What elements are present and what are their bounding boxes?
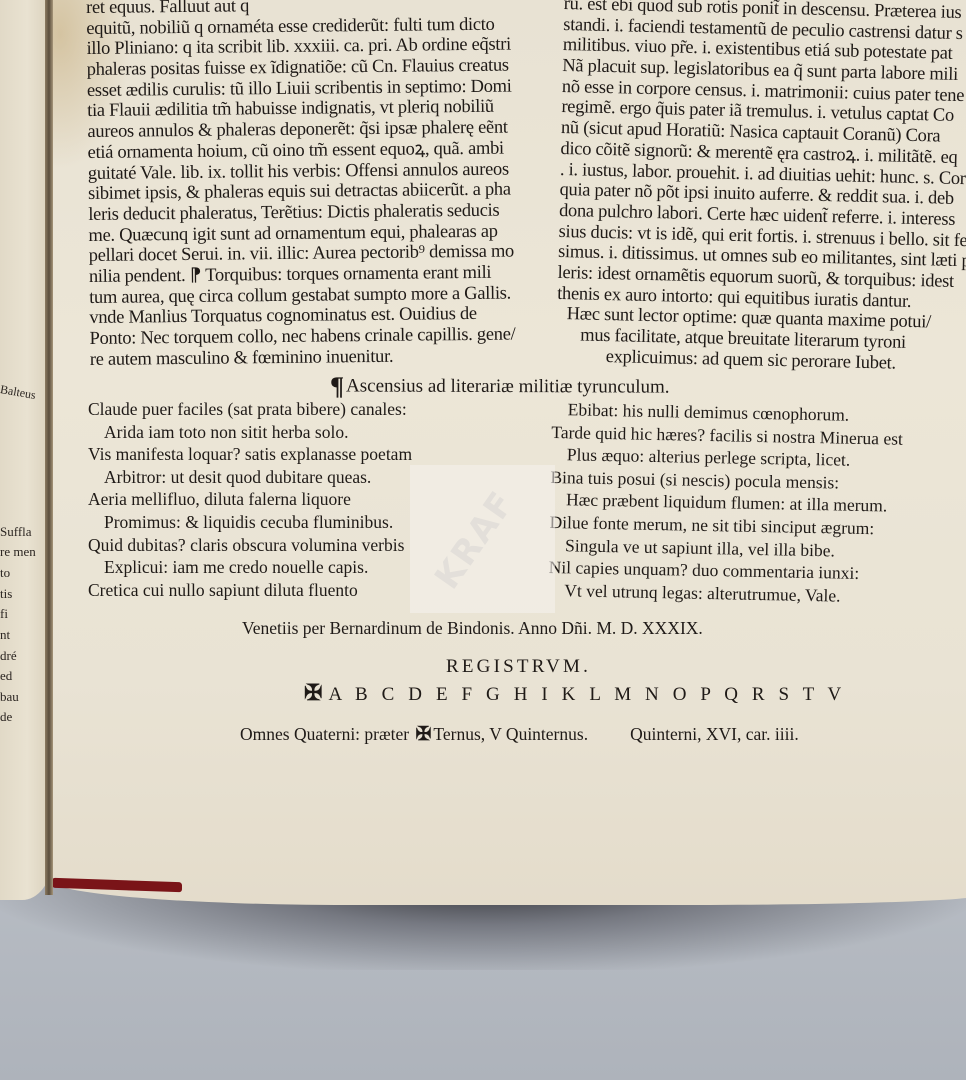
verse-line: Claude puer faciles (sat prata bibere) c…: [88, 398, 412, 421]
verse-block-left: Claude puer faciles (sat prata bibere) c…: [88, 398, 412, 601]
verse-line: Promimus: & liquidis cecuba fluminibus.: [88, 511, 412, 534]
text-line: Ponto: Nec torquem collo, nec habens cri…: [89, 325, 515, 350]
verse-line: Explicui: iam me credo nouelle capis.: [88, 556, 412, 579]
left-fragment: bau: [0, 687, 19, 707]
quaterni-text: Omnes Quaterni: præter: [240, 724, 409, 744]
watermark: KRAF: [410, 465, 555, 613]
section-heading-text: Ascensius ad literariæ militiæ tyrunculu…: [346, 375, 670, 397]
left-fragment: de: [0, 707, 12, 727]
verse-line: Arbitror: ut desit quod dubitare queas.: [88, 466, 412, 489]
verse-line: Cretica cui nullo sapiunt diluta fluento: [88, 579, 412, 602]
signature-letters: A B C D E F G H I K L M N O P Q R S T V: [328, 684, 845, 705]
pilcrow-icon: ¶: [330, 371, 344, 400]
verse-line: Arida iam toto non sitit herba solo.: [88, 421, 412, 444]
quaterni-note: Omnes Quaterni: præter ✠Ternus, V Quinte…: [240, 723, 799, 746]
left-fragment: dré: [0, 646, 17, 666]
cross-pattee-icon: ✠: [416, 724, 432, 745]
left-fragment: ed: [0, 666, 12, 686]
cross-pattee-icon: ✠: [304, 680, 322, 705]
registrum-title: REGISTRVM.: [446, 656, 591, 678]
left-fragment: Suffla: [0, 522, 32, 542]
left-fragment: tis: [0, 584, 12, 604]
left-fragment: to: [0, 563, 10, 583]
left-text-column: ret equus. Falluut aut q equitũ, nobiliũ…: [86, 0, 516, 370]
book-gutter: [45, 0, 53, 895]
verse-block-right: Ebibat: his nulli demimus cœnophorum. Ta…: [548, 398, 903, 608]
right-text-column: ru. est ebi quod sub rotis ponit̃ in des…: [556, 0, 966, 376]
left-fragment: fi: [0, 604, 8, 624]
verse-line: Aeria mellifluo, diluta falerna liquore: [88, 488, 412, 511]
watermark-text: KRAF: [427, 483, 523, 596]
verse-line: Vis manifesta loquar? satis explanasse p…: [88, 443, 412, 466]
colophon: Venetiis per Bernardinum de Bindonis. An…: [242, 618, 703, 639]
left-fragment: nt: [0, 625, 10, 645]
left-fragment: re men: [0, 542, 36, 562]
quinterni-text: Quinterni, XVI, car. iiii.: [630, 724, 799, 744]
verse-line: Quid dubitas? claris obscura volumina ve…: [88, 534, 412, 557]
ternus-text: Ternus, V Quinternus.: [433, 724, 588, 744]
registrum-letters: ✠A B C D E F G H I K L M N O P Q R S T V: [304, 680, 846, 706]
margin-note: Balteus: [0, 379, 37, 405]
